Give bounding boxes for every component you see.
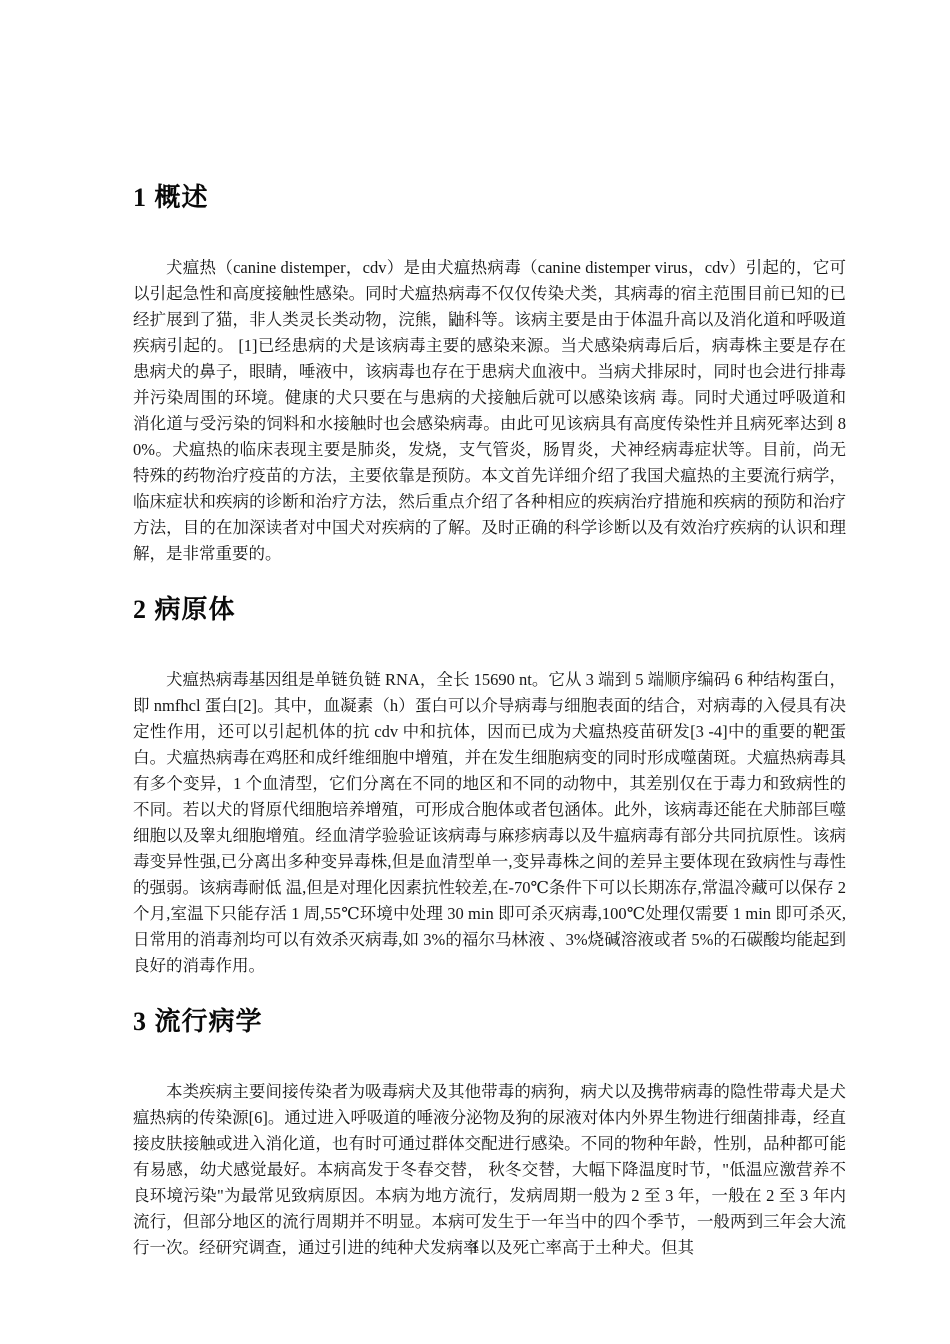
section-pathogen: 2 病原体 犬瘟热病毒基因组是单链负链 RNA，全长 15690 nt。它从 3… bbox=[133, 595, 846, 979]
section-heading-epidemiology: 3 流行病学 bbox=[133, 1007, 846, 1037]
section-body-overview: 犬瘟热（canine distemper，cdv）是由犬瘟热病毒（canine … bbox=[133, 255, 846, 567]
document-page: 1 概述 犬瘟热（canine distemper，cdv）是由犬瘟热病毒（ca… bbox=[0, 0, 950, 1344]
section-heading-pathogen: 2 病原体 bbox=[133, 595, 846, 625]
document-content: 1 概述 犬瘟热（canine distemper，cdv）是由犬瘟热病毒（ca… bbox=[0, 183, 950, 1261]
section-body-pathogen: 犬瘟热病毒基因组是单链负链 RNA，全长 15690 nt。它从 3 端到 5 … bbox=[133, 667, 846, 979]
section-body-epidemiology: 本类疾病主要间接传染者为吸毒病犬及其他带毒的病狗，病犬以及携带病毒的隐性带毒犬是… bbox=[133, 1079, 846, 1261]
section-heading-overview: 1 概述 bbox=[133, 183, 846, 213]
page-number: 1 bbox=[0, 1238, 950, 1258]
section-epidemiology: 3 流行病学 本类疾病主要间接传染者为吸毒病犬及其他带毒的病狗，病犬以及携带病毒… bbox=[133, 1007, 846, 1261]
section-overview: 1 概述 犬瘟热（canine distemper，cdv）是由犬瘟热病毒（ca… bbox=[133, 183, 846, 567]
